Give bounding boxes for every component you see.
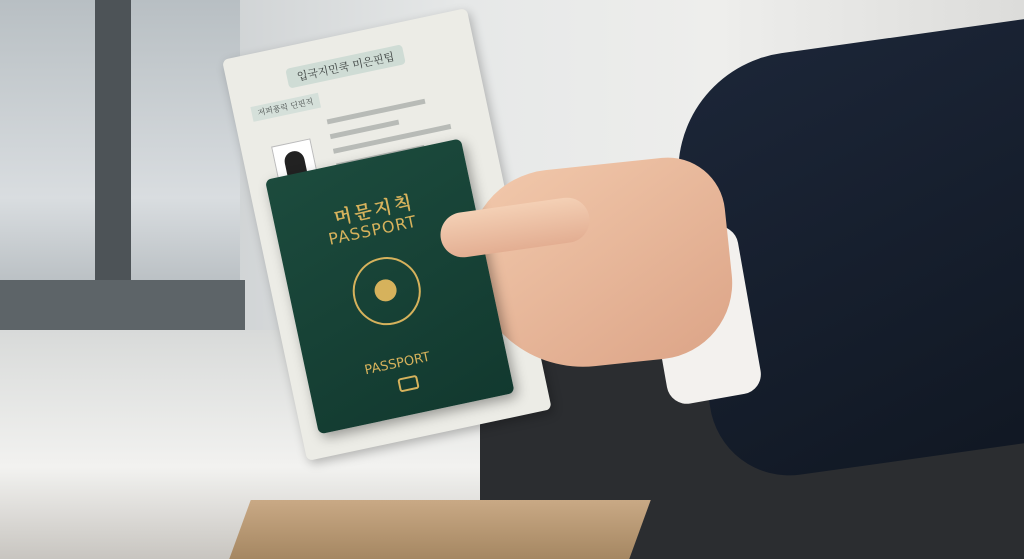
id-text-line <box>327 99 426 125</box>
window-sill <box>0 280 245 330</box>
id-subtitle: 저퍼퐁릭 딘핀직 <box>250 93 320 122</box>
passport-bottom-label: PASSPORT <box>363 350 431 379</box>
national-emblem-icon <box>346 251 427 332</box>
biometric-chip-icon <box>397 375 419 393</box>
id-title: 입국지민쿡 미은핀팁 <box>285 44 406 88</box>
wooden-desk <box>229 500 650 559</box>
